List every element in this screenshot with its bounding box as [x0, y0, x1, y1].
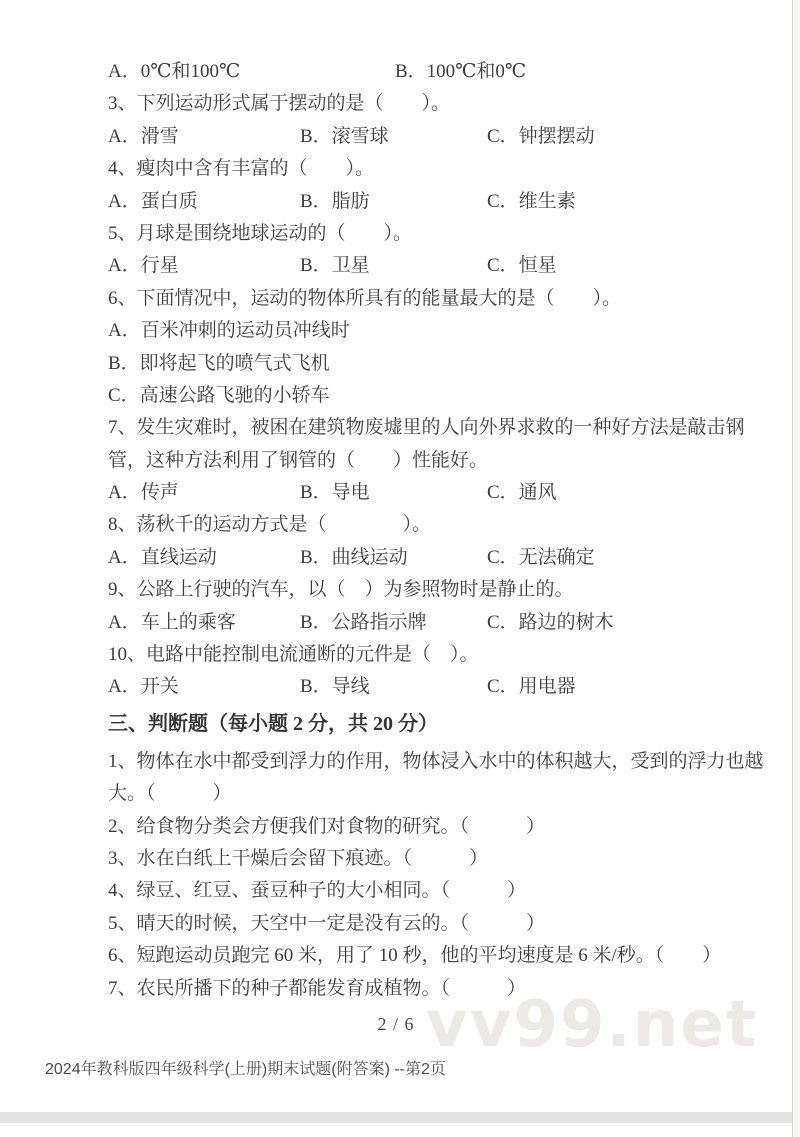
page-edge-line	[792, 0, 793, 1137]
page-edge-strip	[793, 0, 800, 1137]
footer-caption: 2024年教科版四年级科学(上册)期末试题(附答案) --第2页	[45, 1056, 446, 1079]
option-b: B．曲线运动	[300, 542, 408, 574]
exam-page: A．0℃和100℃ B．100℃和0℃ 3、下列运动形式属于摆动的是（ ）。 A…	[0, 0, 792, 1112]
judgment-item-3: 3、水在白纸上干燥后会留下痕迹。（ ）	[108, 843, 728, 875]
question-stem-q6: 6、下面情况中，运动的物体所具有的能量最大的是（ ）。	[108, 283, 728, 315]
question-stem-q3: 3、下列运动形式属于摆动的是（ ）。	[108, 88, 728, 120]
options-row-q3: A．滑雪 B．滚雪球 C．钟摆摆动	[108, 121, 728, 153]
option-a: A．车上的乘客	[108, 612, 236, 633]
option-b-q6: B．即将起飞的喷气式飞机	[108, 348, 728, 380]
options-row-q8: A．直线运动 B．曲线运动 C．无法确定	[108, 542, 728, 574]
option-a: A．直线运动	[108, 547, 217, 568]
judgment-item-5: 5、晴天的时候，天空中一定是没有云的。（ ）	[108, 908, 728, 940]
page-separator	[0, 1112, 800, 1123]
option-a: A．滑雪	[108, 126, 179, 147]
judgment-item-6: 6、短跑运动员跑完 60 米，用了 10 秒，他的平均速度是 6 米/秒。（ ）	[108, 940, 728, 972]
options-row-q10: A．开关 B．导线 C．用电器	[108, 671, 728, 703]
judgment-item-2: 2、给食物分类会方便我们对食物的研究。（ ）	[108, 811, 728, 843]
option-c: C．无法确定	[487, 542, 595, 574]
judgment-item-7: 7、农民所播下的种子都能发育成植物。（ ）	[108, 973, 728, 1005]
options-row-q9: A．车上的乘客 B．公路指示牌 C．路边的树木	[108, 607, 728, 639]
option-b: B．滚雪球	[300, 121, 389, 153]
judgment-item-1-line1: 1、物体在水中都受到浮力的作用，物体浸入水中的体积越大，受到的浮力也越	[108, 746, 728, 778]
judgment-item-1-line2: 大。（ ）	[108, 778, 728, 810]
option-c: C．钟摆摆动	[487, 121, 595, 153]
option-b: B．卫星	[300, 250, 370, 282]
exam-body: A．0℃和100℃ B．100℃和0℃ 3、下列运动形式属于摆动的是（ ）。 A…	[108, 56, 728, 1005]
question-stem-q7-line2: 管，这种方法利用了钢管的（ ）性能好。	[108, 445, 728, 477]
option-b: B．100℃和0℃	[395, 56, 526, 88]
option-c: C．恒星	[487, 250, 557, 282]
option-b: B．公路指示牌	[300, 607, 427, 639]
option-b: B．脂肪	[300, 186, 370, 218]
option-a: A．蛋白质	[108, 191, 198, 212]
question-stem-q7-line1: 7、发生灾难时，被困在建筑物废墟里的人向外界求救的一种好方法是敲击钢	[108, 412, 728, 444]
page-number: 2 / 6	[0, 1014, 792, 1035]
option-c: C．通风	[487, 477, 557, 509]
question-stem-q8: 8、荡秋千的运动方式是（ ）。	[108, 509, 728, 541]
options-row-q2: A．0℃和100℃ B．100℃和0℃	[108, 56, 728, 88]
option-c: C．维生素	[487, 186, 576, 218]
option-a: A．行星	[108, 255, 179, 276]
option-a-q6: A．百米冲刺的运动员冲线时	[108, 315, 728, 347]
question-stem-q5: 5、月球是围绕地球运动的（ ）。	[108, 218, 728, 250]
options-row-q4: A．蛋白质 B．脂肪 C．维生素	[108, 186, 728, 218]
option-b: B．导线	[300, 671, 370, 703]
next-page-top	[0, 1123, 792, 1137]
question-stem-q9: 9、公路上行驶的汽车，以（ ）为参照物时是静止的。	[108, 574, 728, 606]
option-c-q6: C．高速公路飞驰的小轿车	[108, 380, 728, 412]
judgment-item-4: 4、绿豆、红豆、蚕豆种子的大小相同。（ ）	[108, 875, 728, 907]
section-heading-judgment: 三、判断题（每小题 2 分，共 20 分）	[108, 706, 728, 742]
option-a: A．传声	[108, 482, 179, 503]
option-c: C．路边的树木	[487, 607, 614, 639]
question-stem-q4: 4、瘦肉中含有丰富的（ ）。	[108, 153, 728, 185]
options-row-q7: A．传声 B．导电 C．通风	[108, 477, 728, 509]
question-stem-q10: 10、电路中能控制电流通断的元件是（ ）。	[108, 639, 728, 671]
option-c: C．用电器	[487, 671, 576, 703]
option-b: B．导电	[300, 477, 370, 509]
options-row-q5: A．行星 B．卫星 C．恒星	[108, 250, 728, 282]
option-a: A．开关	[108, 676, 179, 697]
option-a: A．0℃和100℃	[108, 61, 240, 82]
